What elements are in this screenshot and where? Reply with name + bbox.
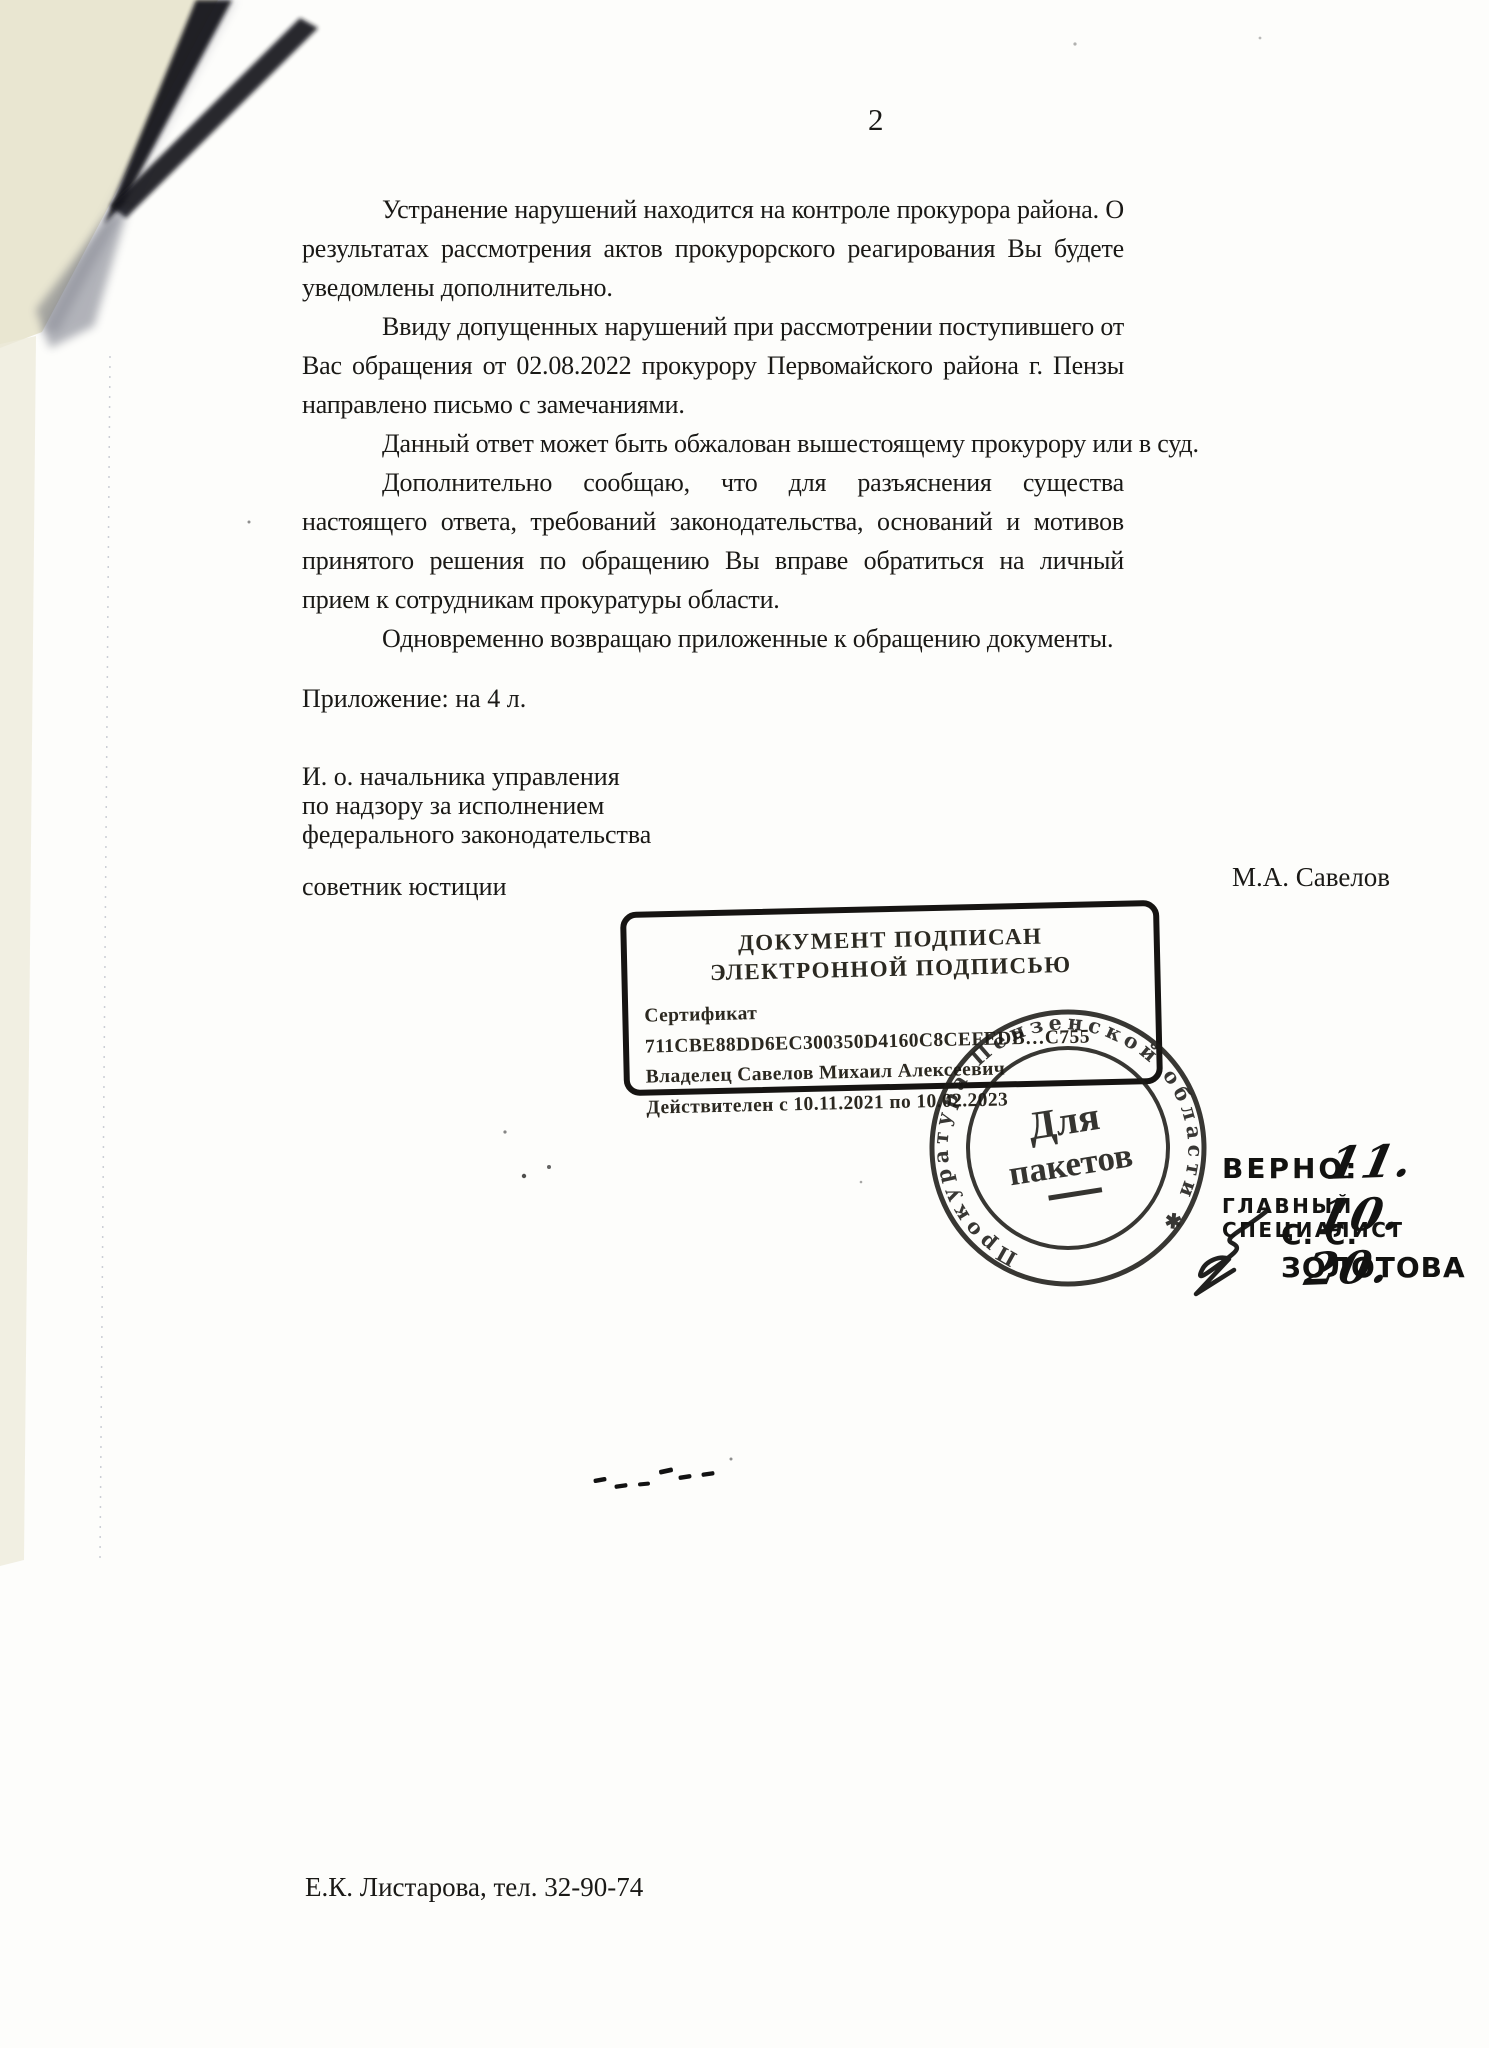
- signer-position: И. о. начальника управления по надзору з…: [302, 762, 651, 849]
- stamp-underline: [1048, 1187, 1102, 1200]
- body-paragraph: Ввиду допущенных нарушений при рассмотре…: [302, 307, 1124, 424]
- stamp-center-line1: Для: [1025, 1093, 1103, 1149]
- executor-contact: Е.К. Листарова, тел. 32-90-74: [305, 1872, 643, 1903]
- esignature-title: ДОКУМЕНТ ПОДПИСАН ЭЛЕКТРОННОЙ ПОДПИСЬЮ: [626, 919, 1154, 989]
- body-paragraph: Одновременно возвращаю приложенные к обр…: [302, 619, 1113, 658]
- corner-fold-artifact: [0, 0, 318, 1566]
- signer-position-line: И. о. начальника управления: [302, 762, 651, 791]
- signer-position-line: по надзору за исполнением: [302, 791, 651, 820]
- round-stamp: Прокуратура Пензенской области ✱ Для пак…: [918, 998, 1218, 1298]
- specialist-name: С. С. ЗОЛОТОВА: [1281, 1218, 1489, 1284]
- body-paragraph: Устранение нарушений находится на контро…: [302, 190, 1124, 307]
- stamp-center-line2: пакетов: [1006, 1135, 1135, 1193]
- attachment-note: Приложение: на 4 л.: [302, 684, 526, 714]
- scanned-letter-page: 2 Устранение нарушений находится на конт…: [0, 0, 1489, 2048]
- body-paragraph: Данный ответ может быть обжалован вышест…: [302, 424, 1199, 463]
- page-number: 2: [868, 102, 884, 138]
- signer-position-line: федерального законодательства: [302, 820, 651, 849]
- signer-rank: советник юстиции: [302, 872, 507, 902]
- signature-scribble: [1180, 1200, 1300, 1310]
- body-paragraph: Дополнительно сообщаю, что для разъяснен…: [302, 463, 1124, 619]
- signer-name: М.А. Савелов: [1232, 862, 1390, 893]
- dash-artifacts: [593, 1467, 715, 1489]
